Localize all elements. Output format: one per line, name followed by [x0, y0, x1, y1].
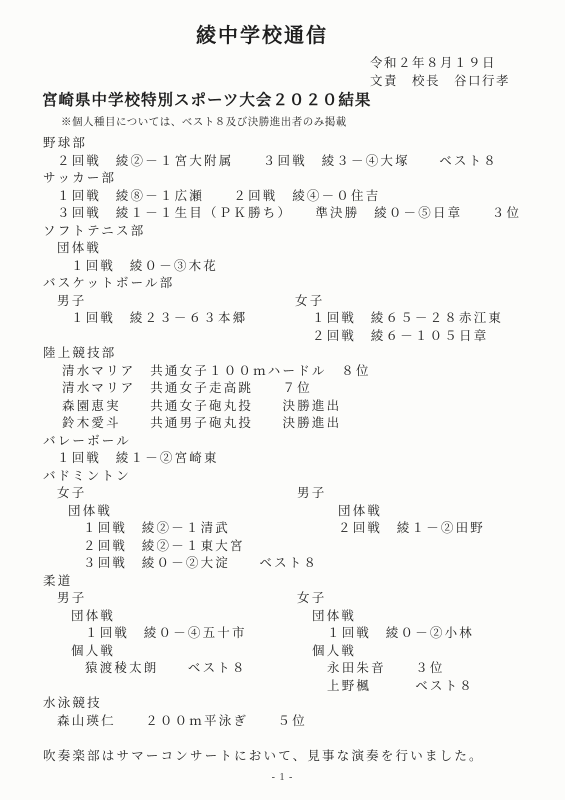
result-text: ３回戦 綾１－１生目（ＰＫ勝ち） 準決勝 綾０－⑤日章 ３位: [57, 203, 521, 221]
page-title: 綾中学校通信: [0, 19, 524, 48]
result-line: 柔道: [0, 571, 565, 589]
result-line: [0, 728, 565, 746]
result-text: バスケットボール部: [43, 273, 174, 291]
result-line: １回戦 綾２３－６３本郷１回戦 綾６５－２８赤江東: [0, 308, 565, 326]
result-text: 個人戦: [71, 641, 115, 659]
result-line: １回戦 綾１－②宮崎東: [0, 448, 565, 466]
result-text: 永田朱音 ３位: [327, 658, 445, 676]
result-line: ３回戦 綾１－１生目（ＰＫ勝ち） 準決勝 綾０－⑤日章 ３位: [0, 203, 565, 221]
results-list: 野球部２回戦 綾②－１宮大附属 ３回戦 綾３－④大塚 ベスト８サッカー部１回戦 …: [0, 133, 565, 673]
result-text: 陸上競技部: [43, 343, 117, 361]
result-line: １回戦 綾０－④五十市１回戦 綾０－②小林: [0, 623, 565, 641]
result-line: 男子女子: [0, 588, 565, 606]
result-line: バレーボール: [0, 431, 565, 449]
result-line: ３回戦 綾０－②大淀 ベスト８: [0, 553, 565, 571]
result-line: ソフトテニス部: [0, 221, 565, 239]
result-text: 団体戦: [312, 606, 356, 624]
result-text: １回戦 綾１－②宮崎東: [57, 448, 219, 466]
result-text: １回戦 綾０－②小林: [327, 623, 474, 641]
result-line: １回戦 綾０－③木花: [0, 256, 565, 274]
result-line: サッカー部: [0, 168, 565, 186]
note-individual-events: ※個人種目については、ベスト８及び決勝進出者のみ掲載: [61, 114, 347, 129]
result-text: 清水マリア 共通女子走高跳 ７位: [62, 378, 312, 396]
result-line: ２回戦 綾②－１宮大附属 ３回戦 綾３－④大塚 ベスト８: [0, 151, 565, 169]
result-text: バレーボール: [43, 431, 131, 449]
result-line: 水泳競技: [0, 693, 565, 711]
result-line: 団体戦: [0, 238, 565, 256]
result-text: ２回戦 綾６－１０５日章: [312, 326, 488, 344]
result-line: １回戦 綾⑧－１広瀬 ２回戦 綾④－０住吉: [0, 186, 565, 204]
result-text: 清水マリア 共通女子１００ｍハードル ８位: [62, 361, 371, 379]
result-text: サッカー部: [43, 168, 116, 186]
result-text: 男子: [297, 483, 326, 501]
result-line: ２回戦 綾②－１東大宮: [0, 536, 565, 554]
result-text: 鈴木愛斗 共通男子砲丸投 決勝進出: [62, 413, 341, 431]
result-line: バドミントン: [0, 466, 565, 484]
result-line: 鈴木愛斗 共通男子砲丸投 決勝進出: [0, 413, 565, 431]
result-line: 猿渡稜太朗 ベスト８永田朱音 ３位: [0, 658, 565, 676]
result-text: １回戦 綾２３－６３本郷: [71, 308, 247, 326]
result-line: 野球部: [0, 133, 565, 151]
result-line: １回戦 綾②－１清武２回戦 綾１－②田野: [0, 518, 565, 536]
result-text: 団体戦: [71, 606, 115, 624]
result-line: 団体戦団体戦: [0, 606, 565, 624]
result-text: 女子: [295, 291, 324, 309]
result-text: 吹奏楽部はサマーコンサートにおいて、見事な演奏を行いました。: [43, 746, 484, 764]
result-text: 森山瑛仁 ２００ｍ平泳ぎ ５位: [57, 711, 307, 729]
result-text: 上野楓 ベスト８: [327, 676, 474, 694]
result-text: 猿渡稜太朗 ベスト８: [85, 658, 247, 676]
result-text: 団体戦: [338, 501, 382, 519]
result-line: 森園恵実 共通女子砲丸投 決勝進出: [0, 396, 565, 414]
result-text: 女子: [57, 483, 86, 501]
result-text: １回戦 綾０－④五十市: [85, 623, 247, 641]
result-text: 野球部: [43, 133, 87, 151]
newsletter-page: 綾中学校通信 令和２年８月１９日 文責 校長 谷口行孝 宮崎県中学校特別スポーツ…: [0, 0, 565, 800]
result-line: 清水マリア 共通女子走高跳 ７位: [0, 378, 565, 396]
result-text: 団体戦: [68, 501, 112, 519]
result-text: ２回戦 綾１－②田野: [338, 518, 485, 536]
result-text: ３回戦 綾０－②大淀 ベスト８: [83, 553, 318, 571]
result-text: １回戦 綾②－１清武: [83, 518, 230, 536]
result-line: 個人戦個人戦: [0, 641, 565, 659]
result-line: 上野楓 ベスト８: [0, 676, 565, 694]
result-text: 個人戦: [312, 641, 356, 659]
result-text: 森園恵実 共通女子砲丸投 決勝進出: [62, 396, 341, 414]
byline: 文責 校長 谷口行孝: [370, 71, 510, 89]
result-text: ２回戦 綾②－１宮大附属 ３回戦 綾３－④大塚 ベスト８: [57, 151, 498, 169]
tournament-results-heading: 宮崎県中学校特別スポーツ大会２０２０結果: [42, 88, 371, 110]
result-line: 団体戦団体戦: [0, 501, 565, 519]
issue-date: 令和２年８月１９日: [370, 53, 496, 71]
result-line: ２回戦 綾６－１０５日章: [0, 326, 565, 344]
result-line: 男子女子: [0, 291, 565, 309]
result-line: バスケットボール部: [0, 273, 565, 291]
result-text: 女子: [297, 588, 326, 606]
result-line: 清水マリア 共通女子１００ｍハードル ８位: [0, 361, 565, 379]
result-text: 団体戦: [57, 238, 101, 256]
result-text: ２回戦 綾②－１東大宮: [83, 536, 245, 554]
result-text: 男子: [57, 291, 86, 309]
result-text: ソフトテニス部: [43, 221, 145, 239]
result-text: バドミントン: [43, 466, 131, 484]
result-text: １回戦 綾⑧－１広瀬 ２回戦 綾④－０住吉: [57, 186, 380, 204]
result-line: 女子男子: [0, 483, 565, 501]
result-text: 水泳競技: [43, 693, 102, 711]
result-text: 柔道: [43, 571, 72, 589]
result-line: 陸上競技部: [0, 343, 565, 361]
page-number: - 1 -: [0, 772, 565, 783]
result-line: 森山瑛仁 ２００ｍ平泳ぎ ５位: [0, 711, 565, 729]
result-text: １回戦 綾６５－２８赤江東: [312, 308, 503, 326]
result-line: 吹奏楽部はサマーコンサートにおいて、見事な演奏を行いました。: [0, 746, 565, 764]
result-text: 男子: [57, 588, 86, 606]
result-text: １回戦 綾０－③木花: [71, 256, 218, 274]
